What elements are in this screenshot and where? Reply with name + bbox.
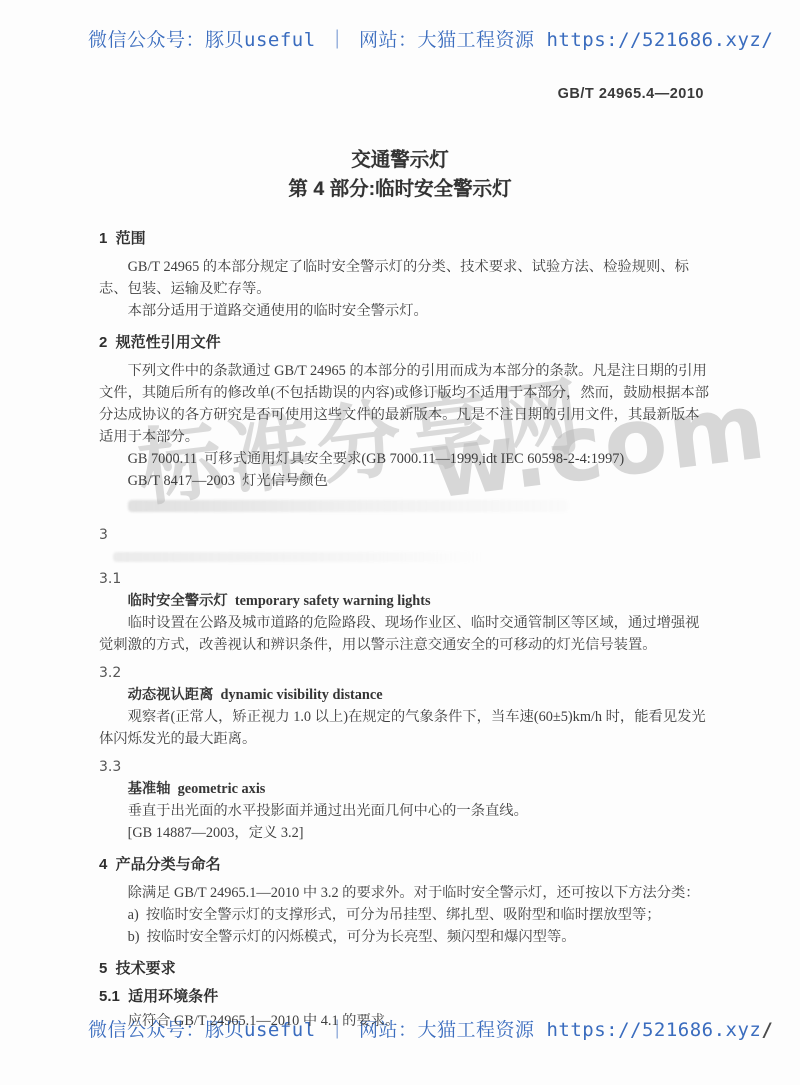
section-4-heading: 4 产品分类与命名	[99, 854, 713, 876]
paragraph: 本部分适用于道路交通使用的临时安全警示灯。	[99, 300, 713, 322]
list-item: b) 按临时安全警示灯的闪烁模式，可分为长亮型、频闪型和爆闪型等。	[99, 926, 713, 948]
clause-number: 3.2	[99, 662, 713, 684]
document-body: 1 范围GB/T 24965 的本部分规定了临时安全警示灯的分类、技术要求、试验…	[99, 228, 713, 1032]
document-title-line1: 交通警示灯	[0, 146, 800, 175]
section-5-1-heading: 5.1 适用环境条件	[99, 986, 713, 1008]
paragraph: 除满足 GB/T 24965.1—2010 中 3.2 的要求外。对于临时安全警…	[99, 882, 713, 904]
section-5-heading: 5 技术要求	[99, 958, 713, 980]
page-artifact-slash: /	[761, 1019, 773, 1041]
section-2-heading: 2 规范性引用文件	[99, 332, 713, 354]
reference-item: GB/T 8417—2003 灯光信号颜色	[99, 470, 713, 492]
paragraph: 应符合 GB/T 24965.1—2010 中 4.1 的要求。	[99, 1010, 713, 1032]
faded-text-smudge	[113, 552, 483, 562]
document-title: 交通警示灯 第 4 部分:临时安全警示灯	[0, 146, 800, 204]
promo-header-text: 微信公众号：豚贝useful ｜ 网站：大猫工程资源 https://52168…	[88, 28, 768, 52]
standard-number: GB/T 24965.4—2010	[558, 86, 704, 102]
clause-number: 3.3	[99, 756, 713, 778]
clause-number: 3	[99, 524, 713, 546]
paragraph: 下列文件中的条款通过 GB/T 24965 的本部分的引用而成为本部分的条款。凡…	[99, 360, 713, 448]
faded-text-smudge	[128, 500, 568, 512]
paragraph: 临时设置在公路及城市道路的危险路段、现场作业区、临时交通管制区等区域，通过增强视…	[99, 612, 713, 656]
paragraph: GB/T 24965 的本部分规定了临时安全警示灯的分类、技术要求、试验方法、检…	[99, 256, 713, 300]
section-1-heading: 1 范围	[99, 228, 713, 250]
clause-number: 3.1	[99, 568, 713, 590]
term-heading: 动态视认距离 dynamic visibility distance	[99, 684, 713, 706]
term-heading: 基准轴 geometric axis	[99, 778, 713, 800]
reference-item: GB 7000.11 可移式通用灯具安全要求(GB 7000.11—1999,i…	[99, 448, 713, 470]
document-title-line2: 第 4 部分:临时安全警示灯	[0, 175, 800, 204]
term-heading: 临时安全警示灯 temporary safety warning lights	[99, 590, 713, 612]
paragraph: 观察者(正常人，矫正视力 1.0 以上)在规定的气象条件下，当车速(60±5)k…	[99, 706, 713, 750]
paragraph: 垂直于出光面的水平投影面并通过出光面几何中心的一条直线。	[99, 800, 713, 822]
list-item: a) 按临时安全警示灯的支撑形式，可分为吊挂型、绑扎型、吸附型和临时摆放型等；	[99, 904, 713, 926]
paragraph: [GB 14887—2003，定义 3.2]	[99, 822, 713, 844]
scanned-document-page: 微信公众号：豚贝useful ｜ 网站：大猫工程资源 https://52168…	[0, 0, 800, 1085]
